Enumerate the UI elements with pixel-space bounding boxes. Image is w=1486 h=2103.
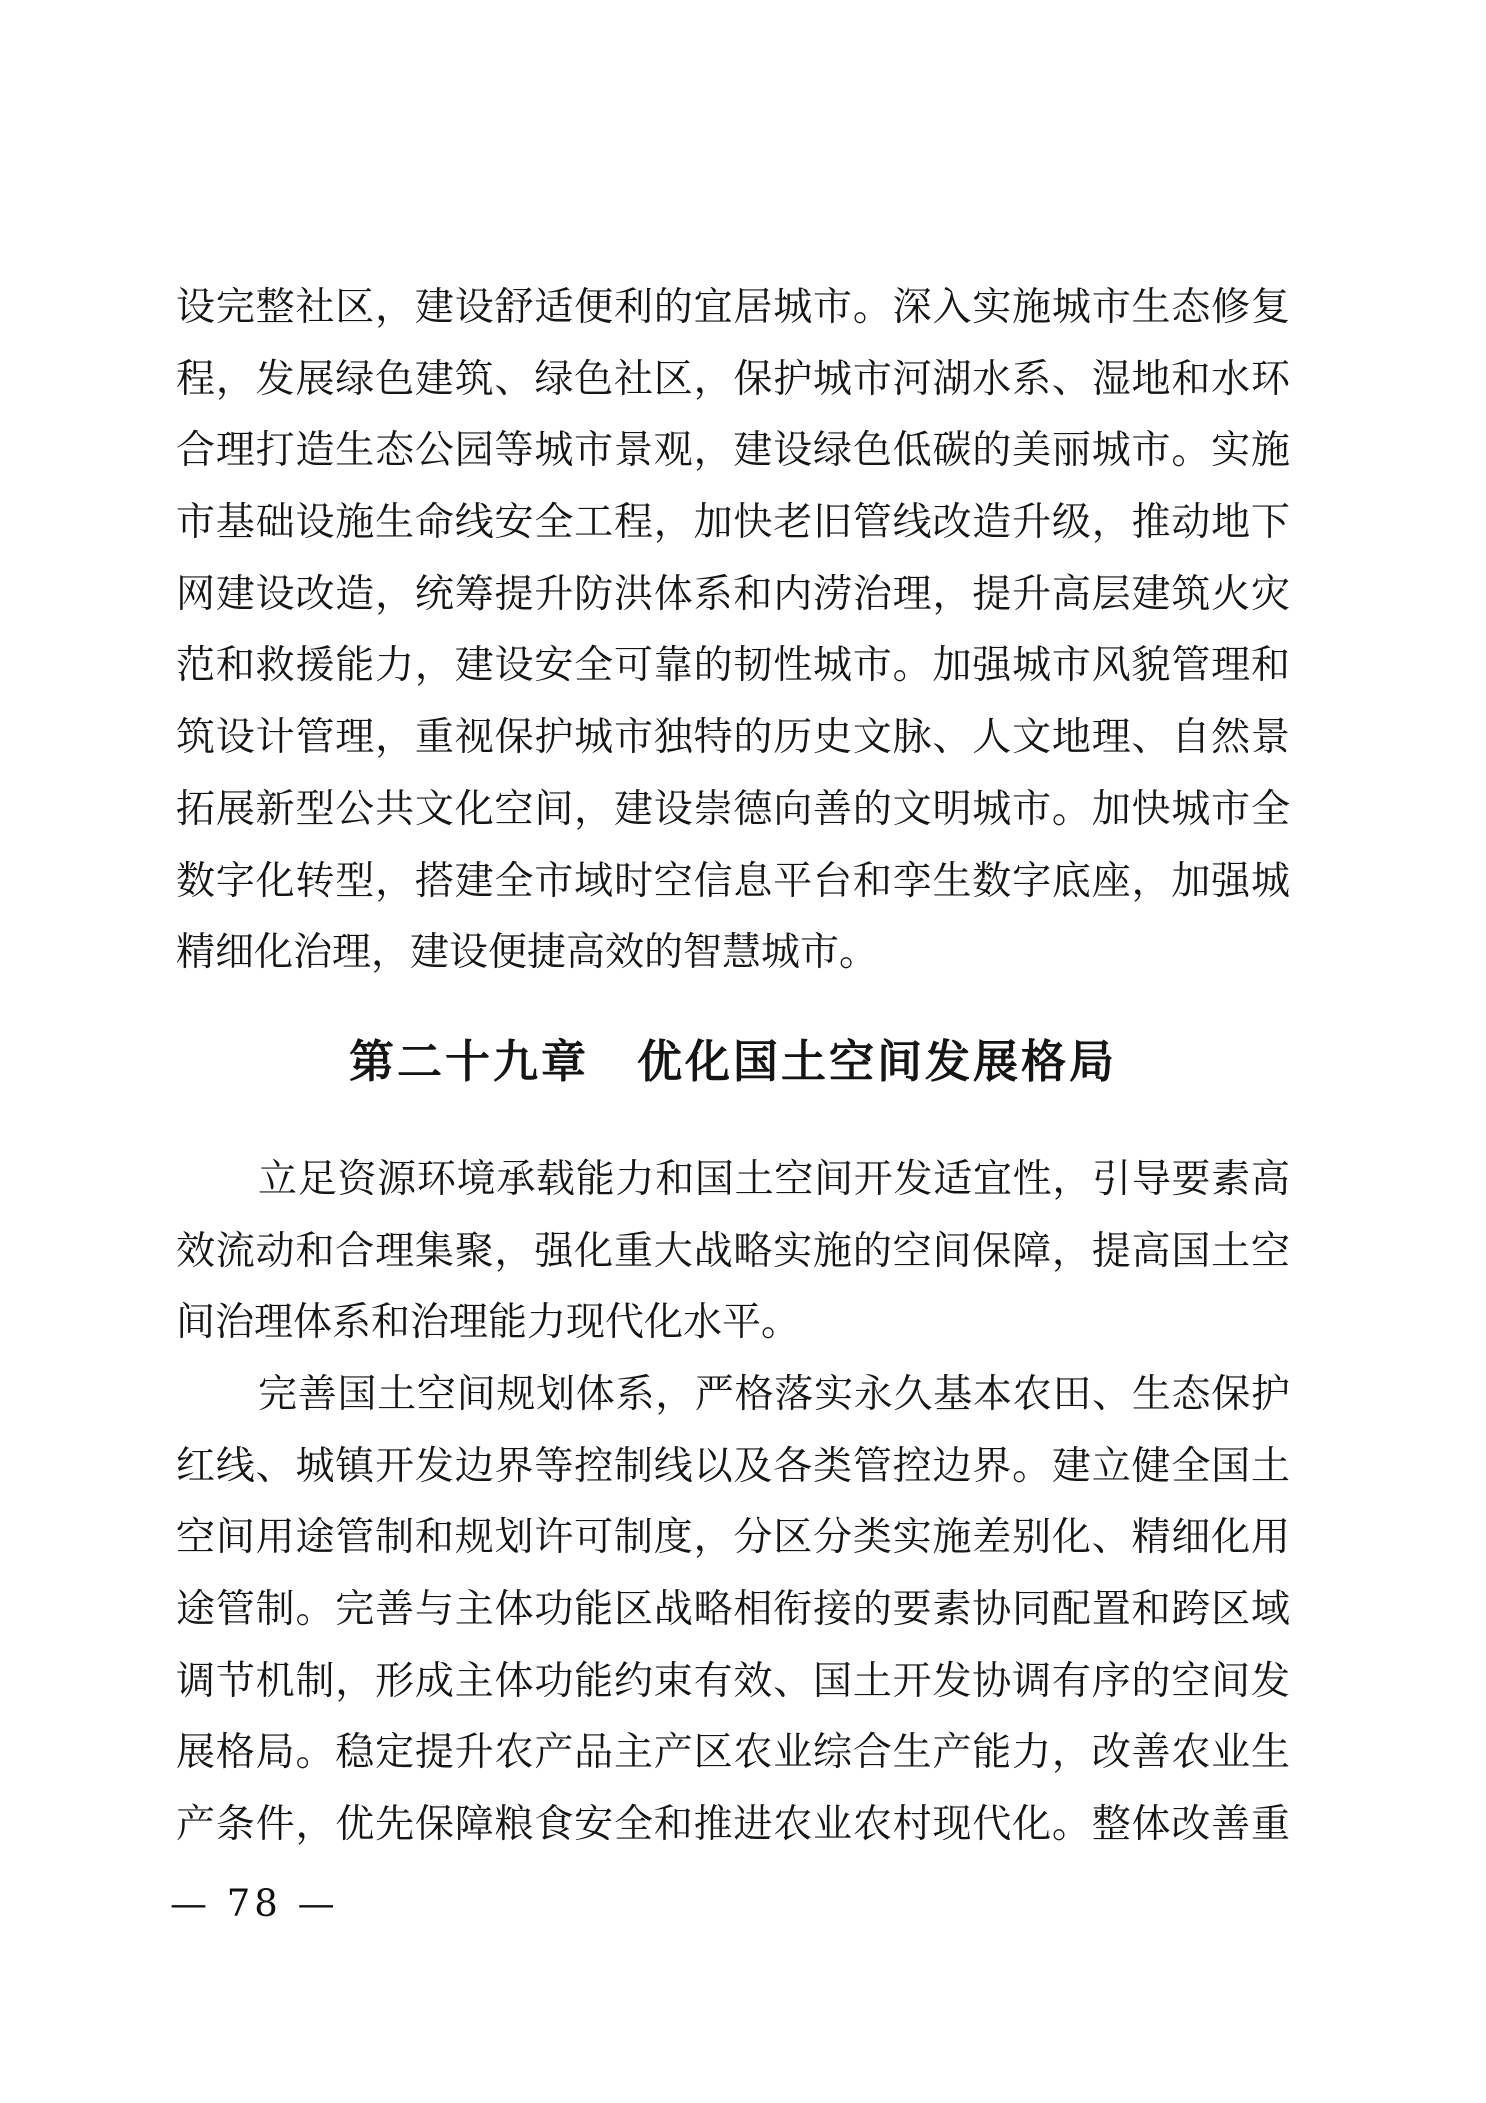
body-text-line: 设完整社区，建设舒适便利的宜居城市。深入实施城市生态修复工 (176, 272, 1290, 344)
body-text-line: 范和救援能力，建设安全可靠的韧性城市。加强城市风貌管理和建 (176, 630, 1290, 702)
body-text-line: 程，发展绿色建筑、绿色社区，保护城市河湖水系、湿地和水环境， (176, 344, 1290, 416)
body-text-line: 间治理体系和治理能力现代化水平。 (176, 1287, 1290, 1359)
body-text-line: 筑设计管理，重视保护城市独特的历史文脉、人文地理、自然景观， (176, 702, 1290, 774)
body-text-line: 拓展新型公共文化空间，建设崇德向善的文明城市。加快城市全域 (176, 774, 1290, 846)
body-text-line: 产条件，优先保障粮食安全和推进农业农村现代化。整体改善重 (176, 1789, 1290, 1861)
body-text-line: 数字化转型，搭建全市域时空信息平台和孪生数字底座，加强城市 (176, 846, 1290, 918)
body-text-line: 合理打造生态公园等城市景观，建设绿色低碳的美丽城市。实施城 (176, 415, 1290, 487)
document-page: 设完整社区，建设舒适便利的宜居城市。深入实施城市生态修复工 程，发展绿色建筑、绿… (0, 0, 1486, 2103)
body-text-line: 调节机制，形成主体功能约束有效、国土开发协调有序的空间发 (176, 1646, 1290, 1718)
body-text-line: 完善国土空间规划体系，严格落实永久基本农田、生态保护 (176, 1359, 1290, 1431)
body-text-line: 市基础设施生命线安全工程，加快老旧管线改造升级，推动地下管 (176, 487, 1290, 559)
body-text-line: 网建设改造，统筹提升防洪体系和内涝治理，提升高层建筑火灾防 (176, 559, 1290, 631)
chapter-heading: 第二十九章 优化国土空间发展格局 (176, 1022, 1290, 1102)
body-text-line: 途管制。完善与主体功能区战略相衔接的要素协同配置和跨区域 (176, 1574, 1290, 1646)
body-text-line: 红线、城镇开发边界等控制线以及各类管控边界。建立健全国土 (176, 1431, 1290, 1503)
body-text-line: 空间用途管制和规划许可制度，分区分类实施差别化、精细化用 (176, 1502, 1290, 1574)
body-text-line: 精细化治理，建设便捷高效的智慧城市。 (176, 917, 1290, 989)
body-text-line: 效流动和合理集聚，强化重大战略实施的空间保障，提高国土空 (176, 1216, 1290, 1288)
text-block: 设完整社区，建设舒适便利的宜居城市。深入实施城市生态修复工 程，发展绿色建筑、绿… (176, 272, 1290, 1861)
body-text-line: 展格局。稳定提升农产品主产区农业综合生产能力，改善农业生 (176, 1717, 1290, 1789)
body-text-line: 立足资源环境承载能力和国土空间开发适宜性，引导要素高 (176, 1144, 1290, 1216)
page-number: — 78 — (170, 1882, 339, 1926)
